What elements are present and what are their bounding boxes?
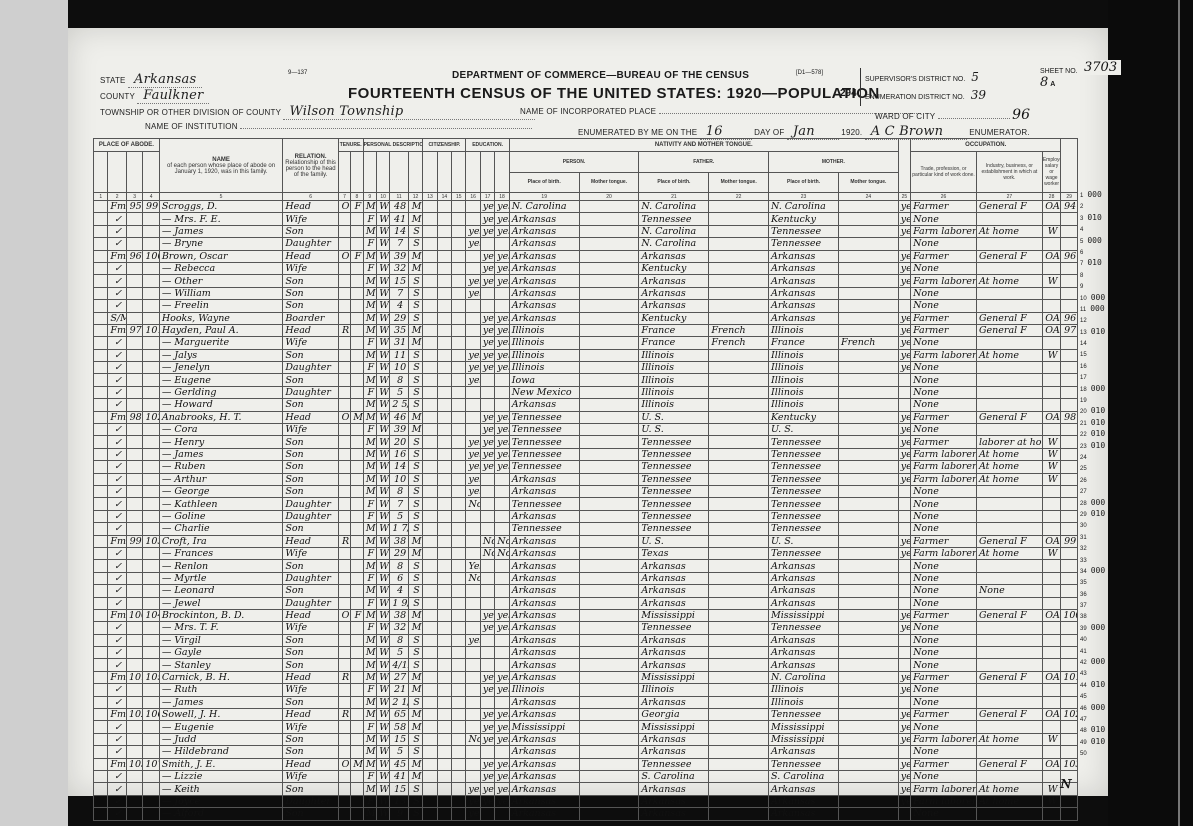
- cell-m-tongue: [839, 684, 899, 696]
- cell-write: [495, 560, 509, 572]
- cell-school: [466, 523, 480, 535]
- cell-m-birth: Arkansas: [769, 795, 839, 807]
- cell-tongue: [579, 213, 639, 225]
- cell-birth: Illinois: [509, 684, 579, 696]
- cell-relation: Son: [283, 659, 339, 671]
- cell-dwelling: ✓: [108, 585, 127, 597]
- cell-name: — Freelin: [159, 300, 282, 312]
- cell-m-tongue: [839, 362, 899, 374]
- cell-marital: M: [408, 622, 422, 634]
- cell-empty: [423, 448, 437, 460]
- cell-trade: None: [911, 696, 977, 708]
- cell-empty: [423, 287, 437, 299]
- state-value: Arkansas: [128, 72, 202, 88]
- line-number: 10000: [1080, 292, 1110, 303]
- cell-empty: [423, 349, 437, 361]
- cell-empty: [423, 634, 437, 646]
- cell-m-birth: Illinois: [769, 362, 839, 374]
- cell-marital: S: [408, 473, 422, 485]
- column-number: 22: [709, 193, 769, 201]
- cell-school: [466, 300, 480, 312]
- cell-empty: [437, 597, 451, 609]
- cell-emp: [1042, 808, 1061, 820]
- census-row: ✓— FrancesWifeFW29MNoNoArkansasTexasTenn…: [94, 547, 1078, 559]
- cell-trade: Farmer: [911, 671, 977, 683]
- cell-read: [480, 287, 494, 299]
- cell-m-birth: Arkansas: [769, 647, 839, 659]
- cell-age: 10: [390, 473, 409, 485]
- cell-m-birth: Illinois: [769, 374, 839, 386]
- cell-empty: [423, 659, 437, 671]
- cell-empty: [437, 585, 451, 597]
- line-number: 2: [1080, 200, 1110, 211]
- cell-f-birth: Tennessee: [639, 498, 709, 510]
- cell-write: [495, 585, 509, 597]
- cell-dwelling: ✓: [108, 436, 127, 448]
- cell-empty: [94, 696, 108, 708]
- coding-mark: 010: [1091, 737, 1105, 746]
- column-number: 5: [159, 193, 282, 201]
- column-number: 20: [579, 193, 639, 201]
- cell-relation: Wife: [283, 622, 339, 634]
- cell-empty: [94, 498, 108, 510]
- cell-m-tongue: [839, 585, 899, 597]
- cell-dwelling: Fm: [108, 250, 127, 262]
- cell-age: 48: [390, 201, 409, 213]
- cell-marital: S: [408, 808, 422, 820]
- cell-tongue: [579, 448, 639, 460]
- cell-industry: [976, 337, 1042, 349]
- cell-tenure: [338, 721, 350, 733]
- cell-m-tongue: [839, 758, 899, 770]
- col-group-mother: MOTHER.: [769, 152, 899, 173]
- cell-read: yes: [480, 411, 494, 423]
- cell-free: [351, 473, 363, 485]
- cell-relation: Daughter: [283, 238, 339, 250]
- cell-birth: Tennessee: [509, 461, 579, 473]
- cell-age: 5: [390, 386, 409, 398]
- cell-farm: 97: [1061, 324, 1078, 336]
- cell-school: yes: [466, 287, 480, 299]
- cell-age: 7: [390, 238, 409, 250]
- cell-write: [495, 485, 509, 497]
- cell-m-tongue: [839, 312, 899, 324]
- page-number: 294: [840, 88, 857, 99]
- cell-age: 29: [390, 312, 409, 324]
- cell-empty: [437, 473, 451, 485]
- cell-emp: [1042, 622, 1061, 634]
- cell-dwelling: ✓: [108, 647, 127, 659]
- cell-empty: [437, 436, 451, 448]
- cell-marital: S: [408, 485, 422, 497]
- cell-farm: 103: [1061, 758, 1078, 770]
- cell-trade: Farm laborer: [911, 547, 977, 559]
- column-number: 8: [351, 193, 363, 201]
- cell-tongue: [579, 721, 639, 733]
- cell-m-birth: Tennessee: [769, 436, 839, 448]
- cell-m-tongue: [839, 696, 899, 708]
- cell-empty: [452, 795, 466, 807]
- cell-tongue: [579, 362, 639, 374]
- cell-age: 39: [390, 424, 409, 436]
- cell-tenure: [338, 287, 350, 299]
- cell-birth: Arkansas: [509, 560, 579, 572]
- cell-age: 8: [390, 634, 409, 646]
- cell-empty: [423, 696, 437, 708]
- cell-sex: M: [363, 411, 376, 423]
- cell-free: [351, 225, 363, 237]
- cell-trade: Farm laborer: [911, 275, 977, 287]
- cell-industry: [976, 721, 1042, 733]
- cell-name: — Henry: [159, 436, 282, 448]
- cell-free: [351, 659, 363, 671]
- cell-f-birth: U. S.: [639, 535, 709, 547]
- cell-race: W: [376, 758, 389, 770]
- cell-birth: Arkansas: [509, 634, 579, 646]
- cell-dwelling: ✓: [108, 746, 127, 758]
- cell-school: yes: [466, 374, 480, 386]
- cell-emp: OA: [1042, 758, 1061, 770]
- cell-farm: [1061, 684, 1078, 696]
- cell-marital: M: [408, 609, 422, 621]
- cell-tongue: [579, 250, 639, 262]
- cell-free: [351, 770, 363, 782]
- line-number: 13010: [1080, 326, 1110, 337]
- cell-marital: S: [408, 399, 422, 411]
- cell-relation: Head: [283, 250, 339, 262]
- cell-birth: New Mexico: [509, 386, 579, 398]
- cell-fam-no: [143, 386, 159, 398]
- cell-f-tongue: [709, 287, 769, 299]
- state-field: State Arkansas: [100, 72, 202, 88]
- cell-empty: [452, 510, 466, 522]
- cell-school: [466, 684, 480, 696]
- cell-relation: Son: [283, 634, 339, 646]
- census-row: ✓— CoraWifeFW39MyesyesTennesseeU. S.U. S…: [94, 424, 1078, 436]
- cell-marital: S: [408, 300, 422, 312]
- cell-farm: [1061, 461, 1078, 473]
- cell-marital: S: [408, 374, 422, 386]
- cell-dw-no: [126, 597, 142, 609]
- line-number: 5000: [1080, 235, 1110, 246]
- cell-tenure: O: [338, 411, 350, 423]
- cell-race: W: [376, 647, 389, 659]
- cell-empty: [437, 783, 451, 795]
- cell-free: [351, 461, 363, 473]
- cell-empty: [452, 349, 466, 361]
- cell-relation: Head: [283, 671, 339, 683]
- coding-mark: 010: [1091, 441, 1105, 450]
- line-number: 24: [1080, 451, 1110, 462]
- cell-empty: [94, 535, 108, 547]
- cell-empty: [437, 523, 451, 535]
- line-number-margin: 1000230104500067010891000011000121301014…: [1080, 189, 1110, 759]
- cell-farm: [1061, 647, 1078, 659]
- line-number: 16: [1080, 360, 1110, 371]
- cell-sex: M: [363, 461, 376, 473]
- cell-fam-no: 99: [143, 201, 159, 213]
- cell-fam-no: 105: [143, 671, 159, 683]
- cell-f-birth: Tennessee: [639, 622, 709, 634]
- cell-birth: Tennessee: [509, 424, 579, 436]
- cell-f-birth: Mississippi: [639, 609, 709, 621]
- cell-emp: OA: [1042, 535, 1061, 547]
- cell-read: yes: [480, 312, 494, 324]
- cell-write: yes: [495, 448, 509, 460]
- cell-race: W: [376, 498, 389, 510]
- cell-empty: [94, 324, 108, 336]
- cell-emp: [1042, 585, 1061, 597]
- cell-empty: [94, 213, 108, 225]
- cell-english: [898, 634, 910, 646]
- cell-sex: M: [363, 300, 376, 312]
- cell-english: [898, 399, 910, 411]
- cell-dw-no: [126, 374, 142, 386]
- cell-school: [466, 721, 480, 733]
- cell-tongue: [579, 312, 639, 324]
- cell-marital: S: [408, 436, 422, 448]
- cell-f-birth: Arkansas: [639, 287, 709, 299]
- column-number: 7: [338, 193, 350, 201]
- cell-empty: [437, 300, 451, 312]
- line-number: 8: [1080, 269, 1110, 280]
- column-number: 11: [390, 193, 409, 201]
- cell-marital: M: [408, 671, 422, 683]
- cell-marital: S: [408, 585, 422, 597]
- coding-mark: 000: [1087, 190, 1101, 199]
- cell-free: [351, 733, 363, 745]
- cell-sex: M: [363, 659, 376, 671]
- cell-emp: [1042, 386, 1061, 398]
- cell-birth: Arkansas: [509, 622, 579, 634]
- cell-m-birth: Arkansas: [769, 634, 839, 646]
- cell-race: W: [376, 324, 389, 336]
- cell-dw-no: [126, 523, 142, 535]
- cell-f-birth: Tennessee: [639, 448, 709, 460]
- cell-english: yes: [898, 312, 910, 324]
- cell-race: W: [376, 733, 389, 745]
- cell-tongue: [579, 634, 639, 646]
- cell-f-tongue: [709, 485, 769, 497]
- cell-race: W: [376, 684, 389, 696]
- cell-empty: [94, 758, 108, 770]
- line-number: 9: [1080, 280, 1110, 291]
- cell-emp: [1042, 374, 1061, 386]
- cell-m-tongue: [839, 262, 899, 274]
- cell-dwelling: ✓: [108, 721, 127, 733]
- cell-f-tongue: [709, 547, 769, 559]
- cell-birth: Tennessee: [509, 448, 579, 460]
- cell-empty: [94, 721, 108, 733]
- cell-fam-no: 102: [143, 411, 159, 423]
- cell-english: yes: [898, 733, 910, 745]
- cell-english: yes: [898, 671, 910, 683]
- cell-age: 6: [390, 572, 409, 584]
- cell-farm: [1061, 510, 1078, 522]
- cell-emp: W: [1042, 795, 1061, 807]
- census-row: ✓— WilliamSonMW7SyesArkansasArkansasArka…: [94, 287, 1078, 299]
- cell-read: yes: [480, 684, 494, 696]
- column-number-row: 1234567891011121314151617181920212223242…: [94, 193, 1078, 201]
- form-code-2: [D1—578]: [796, 70, 823, 76]
- cell-sex: F: [363, 386, 376, 398]
- cell-marital: S: [408, 510, 422, 522]
- cell-empty: [94, 225, 108, 237]
- cell-m-tongue: [839, 238, 899, 250]
- cell-school: [466, 609, 480, 621]
- cell-empty: [437, 262, 451, 274]
- cell-sex: F: [363, 262, 376, 274]
- cell-race: W: [376, 634, 389, 646]
- cell-empty: [94, 424, 108, 436]
- line-number: 27: [1080, 485, 1110, 496]
- cell-f-tongue: [709, 386, 769, 398]
- cell-m-birth: Mississippi: [769, 609, 839, 621]
- cell-marital: M: [408, 201, 422, 213]
- cell-race: W: [376, 696, 389, 708]
- cell-relation: Son: [283, 523, 339, 535]
- cell-birth: Arkansas: [509, 287, 579, 299]
- cell-tenure: [338, 684, 350, 696]
- column-number: 10: [376, 193, 389, 201]
- cell-f-tongue: [709, 498, 769, 510]
- cell-fam-no: [143, 424, 159, 436]
- cell-race: W: [376, 572, 389, 584]
- cell-write: yes: [495, 684, 509, 696]
- cell-tenure: [338, 770, 350, 782]
- cell-tenure: [338, 300, 350, 312]
- cell-tongue: [579, 424, 639, 436]
- cell-empty: [423, 721, 437, 733]
- cell-school: [466, 647, 480, 659]
- cell-fam-no: [143, 461, 159, 473]
- cell-read: yes: [480, 770, 494, 782]
- cell-m-birth: Arkansas: [769, 560, 839, 572]
- cell-f-tongue: [709, 758, 769, 770]
- cell-read: yes: [480, 671, 494, 683]
- cell-industry: [976, 362, 1042, 374]
- cell-read: yes: [480, 225, 494, 237]
- cell-tenure: [338, 225, 350, 237]
- cell-school: [466, 250, 480, 262]
- cell-dwelling: ✓: [108, 448, 127, 460]
- enumeration-district: Enumeration District No.39: [861, 86, 1031, 104]
- cell-empty: [94, 709, 108, 721]
- cell-empty: [94, 448, 108, 460]
- cell-sex: F: [363, 721, 376, 733]
- cell-relation: Wife: [283, 337, 339, 349]
- cell-birth: Arkansas: [509, 696, 579, 708]
- cell-dwelling: Fm: [108, 609, 127, 621]
- line-number: 47: [1080, 713, 1110, 724]
- cell-sex: F: [363, 597, 376, 609]
- cell-free: M: [351, 758, 363, 770]
- cell-empty: [423, 399, 437, 411]
- col-group-person: PERSON.: [509, 152, 639, 173]
- line-number: 19: [1080, 394, 1110, 405]
- cell-english: yes: [898, 349, 910, 361]
- cell-empty: [437, 671, 451, 683]
- census-row: ✓— KathleenDaughterFW7SNoTennesseeTennes…: [94, 498, 1078, 510]
- cell-m-birth: Arkansas: [769, 585, 839, 597]
- cell-empty: [94, 485, 108, 497]
- cell-industry: [976, 597, 1042, 609]
- cell-empty: [452, 461, 466, 473]
- cell-trade: None: [911, 746, 977, 758]
- cell-f-tongue: [709, 510, 769, 522]
- cell-trade: Farm laborer: [911, 349, 977, 361]
- cell-write: [495, 300, 509, 312]
- cell-emp: [1042, 300, 1061, 312]
- cell-m-birth: Tennessee: [769, 485, 839, 497]
- cell-empty: [423, 411, 437, 423]
- cell-empty: [452, 262, 466, 274]
- cell-farm: [1061, 560, 1078, 572]
- cell-dw-no: [126, 684, 142, 696]
- cell-f-birth: France: [639, 324, 709, 336]
- cell-race: W: [376, 287, 389, 299]
- cell-empty: [423, 238, 437, 250]
- cell-dw-no: [126, 436, 142, 448]
- cell-marital: M: [408, 324, 422, 336]
- cell-fam-no: [143, 225, 159, 237]
- cell-trade: None: [911, 659, 977, 671]
- cell-fam-no: [143, 498, 159, 510]
- cell-dw-no: [126, 275, 142, 287]
- cell-name: — Bryne: [159, 238, 282, 250]
- cell-name: — Myrtle: [159, 572, 282, 584]
- cell-relation: Son: [283, 436, 339, 448]
- cell-write: yes: [495, 758, 509, 770]
- col-group-tenure: TENURE.: [338, 139, 363, 152]
- cell-english: yes: [898, 783, 910, 795]
- cell-empty: [437, 795, 451, 807]
- cell-farm: 96: [1061, 250, 1078, 262]
- cell-empty: [452, 585, 466, 597]
- column-number: 6: [283, 193, 339, 201]
- cell-sex: M: [363, 399, 376, 411]
- cell-trade: None: [911, 634, 977, 646]
- cell-race: W: [376, 349, 389, 361]
- cell-m-tongue: [839, 399, 899, 411]
- cell-tenure: [338, 547, 350, 559]
- cell-birth: Arkansas: [509, 597, 579, 609]
- cell-fam-no: [143, 659, 159, 671]
- cell-read: yes: [480, 721, 494, 733]
- cell-fam-no: [143, 510, 159, 522]
- cell-emp: OA: [1042, 709, 1061, 721]
- cell-tongue: [579, 585, 639, 597]
- ward-field: Ward of city 96: [875, 107, 1030, 123]
- cell-m-birth: Tennessee: [769, 622, 839, 634]
- cell-industry: [976, 262, 1042, 274]
- cell-m-tongue: [839, 622, 899, 634]
- cell-free: [351, 324, 363, 336]
- cell-emp: [1042, 560, 1061, 572]
- cell-emp: OA: [1042, 411, 1061, 423]
- cell-school: yes: [466, 485, 480, 497]
- cell-empty: [452, 783, 466, 795]
- line-number: 25: [1080, 462, 1110, 473]
- cell-free: [351, 485, 363, 497]
- cell-f-birth: Arkansas: [639, 647, 709, 659]
- line-number: 48010: [1080, 724, 1110, 735]
- cell-tongue: [579, 535, 639, 547]
- cell-dwelling: ✓: [108, 808, 127, 820]
- cell-f-birth: Arkansas: [639, 659, 709, 671]
- cell-trade: None: [911, 510, 977, 522]
- coding-mark: 000: [1091, 566, 1105, 575]
